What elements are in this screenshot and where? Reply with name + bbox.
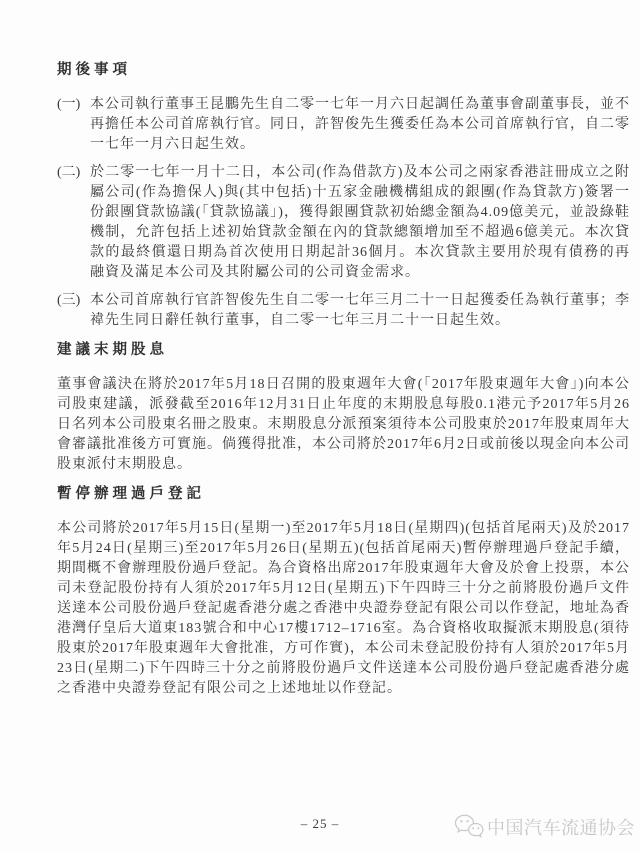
- section-subsequent-events: 期後事項 (一) 本公司執行董事王昆鵬先生自二零一七年一月六日起調任為董事會副董…: [57, 60, 630, 331]
- list-item-text: 本公司執行董事王昆鵬先生自二零一七年一月六日起調任為董事會副董事長，並不再擔任本…: [90, 95, 630, 155]
- watermark: 中国汽车流通协会: [454, 813, 635, 840]
- paragraph-final-dividend: 董事會議決在將於2017年5月18日召開的股東週年大會(「2017年股東週年大會…: [57, 375, 630, 475]
- list-item-marker: (三): [57, 291, 90, 331]
- list-item-marker: (一): [57, 95, 90, 155]
- section-heading-closure-of-register: 暫停辦理過戶登記: [57, 484, 630, 504]
- list-item: (一) 本公司執行董事王昆鵬先生自二零一七年一月六日起調任為董事會副董事長，並不…: [57, 95, 630, 155]
- section-proposed-final-dividend: 建議末期股息 董事會議決在將於2017年5月18日召開的股東週年大會(「2017…: [57, 340, 630, 475]
- document-page: 期後事項 (一) 本公司執行董事王昆鵬先生自二零一七年一月六日起調任為董事會副董…: [0, 0, 640, 853]
- paragraph-closure-of-register: 本公司將於2017年5月15日(星期一)至2017年5月18日(星期四)(包括首…: [57, 519, 630, 699]
- list-item-text: 於二零一七年一月十二日，本公司(作為借款方)及本公司之兩家香港註冊成立之附屬公司…: [90, 163, 630, 283]
- section-heading-proposed-final-dividend: 建議末期股息: [57, 340, 630, 360]
- list-item-marker: (二): [57, 163, 90, 283]
- watermark-text: 中国汽车流通协会: [487, 814, 635, 840]
- section-heading-subsequent-events: 期後事項: [57, 60, 630, 80]
- section-closure-of-register: 暫停辦理過戶登記 本公司將於2017年5月15日(星期一)至2017年5月18日…: [57, 484, 630, 699]
- list-item: (三) 本公司首席執行官許智俊先生自二零一七年三月二十一日起獲委任為執行董事；李…: [57, 291, 630, 331]
- list-item-text: 本公司首席執行官許智俊先生自二零一七年三月二十一日起獲委任為執行董事；李褘先生同…: [90, 291, 630, 331]
- list-item: (二) 於二零一七年一月十二日，本公司(作為借款方)及本公司之兩家香港註冊成立之…: [57, 163, 630, 283]
- wechat-icon: [454, 813, 484, 840]
- document-body: 期後事項 (一) 本公司執行董事王昆鵬先生自二零一七年一月六日起調任為董事會副董…: [57, 60, 630, 708]
